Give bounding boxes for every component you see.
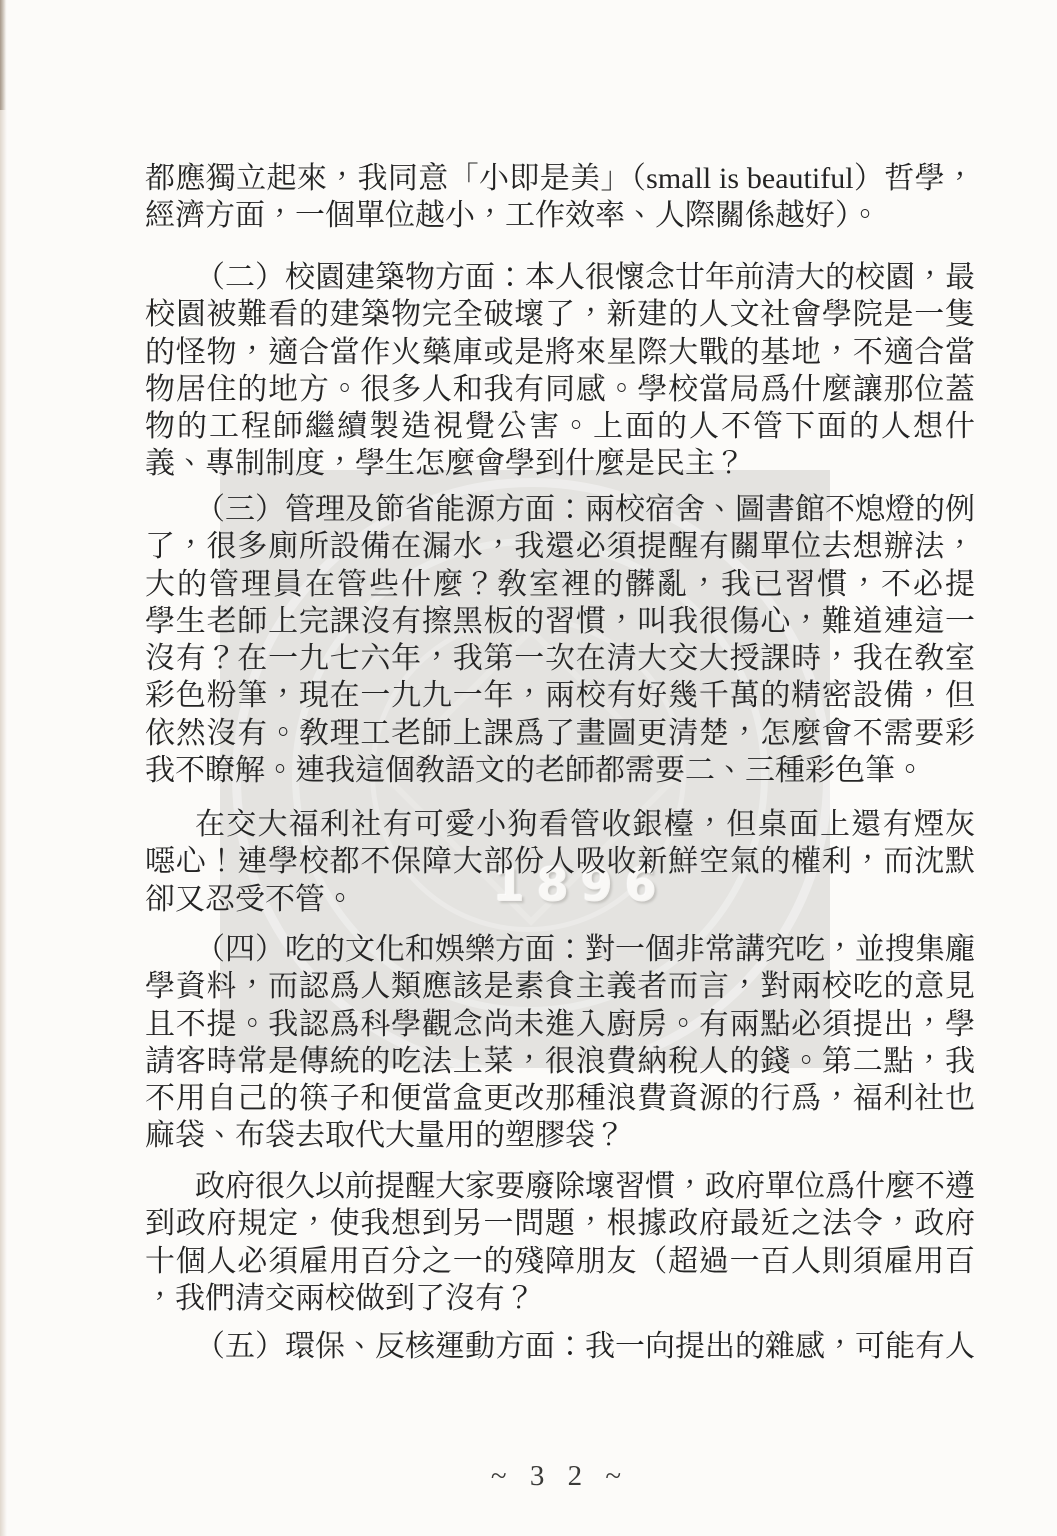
text-line: 都應獨立起來，我同意「小即是美」（small is beautiful）哲學， … <box>145 160 975 197</box>
document-text: 都應獨立起來，我同意「小即是美」（small is beautiful）哲學， … <box>145 0 975 1536</box>
paragraph: 政府很久以前提醒大家要廢除壞習慣，政府單位爲什麼不遵守？説到政府規定，使我想到另… <box>145 1168 975 1317</box>
scan-corner-shadow <box>0 0 6 110</box>
text-line: 經濟方面，一個單位越小，工作效率、人際關係越好）。 <box>145 197 975 234</box>
page-number: ~ 3 2 ~ <box>145 1460 975 1493</box>
text-line: （四）吃的文化和娛樂方面：對一個非常講究吃，並搜集龐大營養 <box>145 931 975 968</box>
text-line: 我不瞭解。連我這個敎語文的老師都需要二、三種彩色筆。 <box>145 752 975 789</box>
text-line: 校園被難看的建築物完全破壞了，新建的人文社會學院是一隻無法描寫 <box>145 296 975 333</box>
text-line: 沒有？在一九七六年，我第一次在清大交大授課時，我在敎室裡找不到 <box>145 640 975 677</box>
text-line: （二）校園建築物方面：本人很懷念廿年前清大的校園，最近清大 <box>145 259 975 296</box>
text-line: 依然沒有。敎理工老師上課爲了畫圖更清楚，怎麼會不需要彩色筆呢？ <box>145 715 975 752</box>
text-line: 學生老師上完課沒有擦黑板的習慣，叫我很傷心，難道連這一點力氣都 <box>145 603 975 640</box>
text-line: 的怪物，適合當作火藥庫或是將來星際大戰的基地，不適合當成人或動 <box>145 334 975 371</box>
text-line: 學資料，而認爲人類應該是素食主義者而言，對兩校吃的意見很多，暫 <box>145 968 975 1005</box>
text-line: 噁心！連學校都不保障大部份人吸收新鮮空氣的權利，而沈默的大多數 <box>145 843 975 880</box>
text-line: 大的管理員在管些什麼？敎室裡的髒亂，我已習慣，不必提了，但很多 <box>145 566 975 603</box>
text-line: 且不提。我認爲科學觀念尚未進入廚房。有兩點必須提出，學校單位在 <box>145 1006 975 1043</box>
text-line: （五）環保、反核運動方面：我一向提出的雜感，可能有人會認爲 <box>145 1328 975 1365</box>
text-line: 在交大福利社有可愛小狗看管收銀檯，但桌面上還有煙灰缸，多麼 <box>145 806 975 843</box>
paragraph: （五）環保、反核運動方面：我一向提出的雜感，可能有人會認爲 <box>145 1328 975 1365</box>
text-line: 物的工程師繼續製造視覺公害。上面的人不管下面的人想什麼，官僚主 <box>145 408 975 445</box>
text-line: 了，很多廁所設備在漏水，我還必須提醒有關單位去想辦法，清大、交 <box>145 528 975 565</box>
scan-edge-shadow <box>0 0 7 1536</box>
text-line: 彩色粉筆，現在一九九一年，兩校有好幾千萬的精密設備，但彩色粉筆 <box>145 677 975 714</box>
text-line: 政府很久以前提醒大家要廢除壞習慣，政府單位爲什麼不遵守？説 <box>145 1168 975 1205</box>
paragraph: （二）校園建築物方面：本人很懷念廿年前清大的校園，最近清大校園被難看的建築物完全… <box>145 259 975 483</box>
paragraph: 都應獨立起來，我同意「小即是美」（small is beautiful）哲學， … <box>145 160 975 235</box>
text-line: 請客時常是傳統的吃法上菜，很浪費納稅人的錢。第二點，我們爲什麼 <box>145 1043 975 1080</box>
text-line: 不用自己的筷子和便當盒更改那種浪費資源的行爲，福利社也沒有人用 <box>145 1080 975 1117</box>
text-line: （三）管理及節省能源方面：兩校宿舍、圖書館不熄燈的例子太多 <box>145 491 975 528</box>
text-line: 義、專制制度，學生怎麼會學到什麼是民主？ <box>145 445 975 482</box>
paragraph: （三）管理及節省能源方面：兩校宿舍、圖書館不熄燈的例子太多了，很多廁所設備在漏水… <box>145 491 975 789</box>
text-line: ，我們清交兩校做到了沒有？ <box>145 1280 975 1317</box>
document-page: 1896 都應獨立起來，我同意「小即是美」（small is beautiful… <box>0 0 1057 1536</box>
text-line: 十個人必須雇用百分之一的殘障朋友（超過一百人則須雇用百分之二） <box>145 1243 975 1280</box>
text-line: 到政府規定，使我想到另一問題，根據政府最近之法令，政府機構每五 <box>145 1205 975 1242</box>
text-line: 卻又忍受不管。 <box>145 881 975 918</box>
paragraph: （四）吃的文化和娛樂方面：對一個非常講究吃，並搜集龐大營養學資料，而認爲人類應該… <box>145 931 975 1155</box>
text-line: 物居住的地方。很多人和我有同感。學校當局爲什麼讓那位蓋物理館怪 <box>145 371 975 408</box>
text-line: 麻袋、布袋去取代大量用的塑膠袋？ <box>145 1117 975 1154</box>
paragraph: 在交大福利社有可愛小狗看管收銀檯，但桌面上還有煙灰缸，多麼噁心！連學校都不保障大… <box>145 806 975 918</box>
